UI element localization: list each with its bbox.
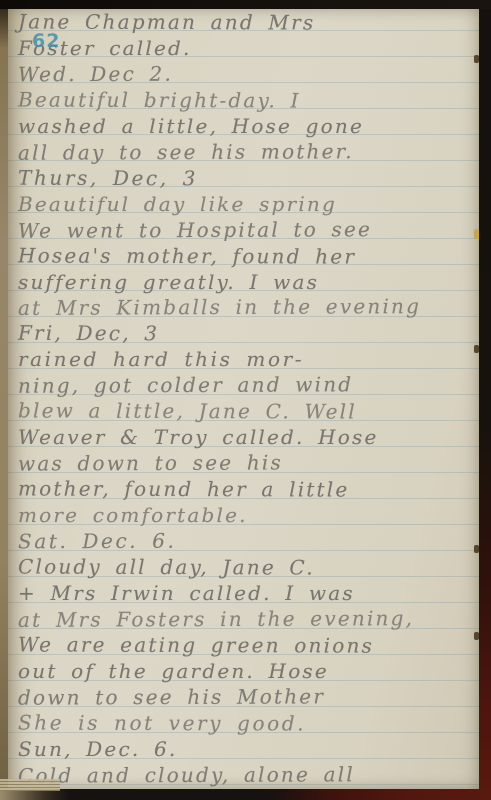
- diary-line: at Mrs Kimballs in the evening: [18, 294, 421, 322]
- diary-photo: 62 Jane Chapman and MrsFoster called.Wed…: [0, 0, 491, 800]
- diary-line: blew a little, Jane C. Well: [18, 398, 357, 425]
- diary-line: Fri, Dec, 3: [18, 320, 159, 346]
- diary-line: She is not very good.: [18, 709, 306, 736]
- book-top-edge: [0, 0, 491, 9]
- diary-line: Weaver & Troy called. Hose: [18, 424, 379, 450]
- diary-line: Cloudy all day, Jane C.: [18, 553, 315, 580]
- diary-line: We are eating green onions: [18, 631, 374, 658]
- diary-line: all day to see his mother.: [18, 138, 354, 165]
- diary-line: suffering greatly. I was: [18, 269, 319, 295]
- diary-line: Beautiful bright-day. I: [18, 86, 301, 113]
- diary-line: down to see his Mother: [18, 683, 325, 710]
- diary-line: more comfortable.: [18, 502, 248, 528]
- diary-line: Wed. Dec 2.: [18, 61, 173, 88]
- page-number-stamp: 62: [32, 30, 60, 52]
- diary-line: Sun, Dec. 6.: [18, 736, 177, 762]
- diary-page: 62 Jane Chapman and MrsFoster called.Wed…: [8, 7, 480, 790]
- diary-line: was down to see his: [18, 450, 283, 477]
- book-bottom-edge: [0, 789, 491, 800]
- diary-line: Cold and cloudy, alone all: [18, 761, 355, 788]
- diary-line: Sat. Dec. 6.: [18, 528, 177, 555]
- diary-line: Hosea's mother, found her: [18, 242, 356, 269]
- diary-line: Jane Chapman and Mrs: [18, 8, 315, 35]
- diary-line: at Mrs Fosters in the evening,: [18, 605, 414, 633]
- book-right-edge: [479, 0, 491, 800]
- diary-line: rained hard this mor-: [18, 346, 304, 372]
- diary-line: ning, got colder and wind: [18, 372, 353, 399]
- diary-line: We went to Hospital to see: [18, 216, 372, 244]
- diary-line: mother, found her a little: [18, 476, 350, 503]
- diary-line: Thurs, Dec, 3: [18, 164, 198, 191]
- diary-line: out of the garden. Hose: [18, 658, 329, 684]
- page-stack-edges: [0, 779, 60, 791]
- diary-lines: Jane Chapman and MrsFoster called.Wed. D…: [18, 9, 478, 792]
- diary-line: Beautiful day like spring: [18, 191, 337, 217]
- diary-line: + Mrs Irwin called. I was: [18, 580, 355, 606]
- diary-line: washed a little, Hose gone: [18, 113, 364, 139]
